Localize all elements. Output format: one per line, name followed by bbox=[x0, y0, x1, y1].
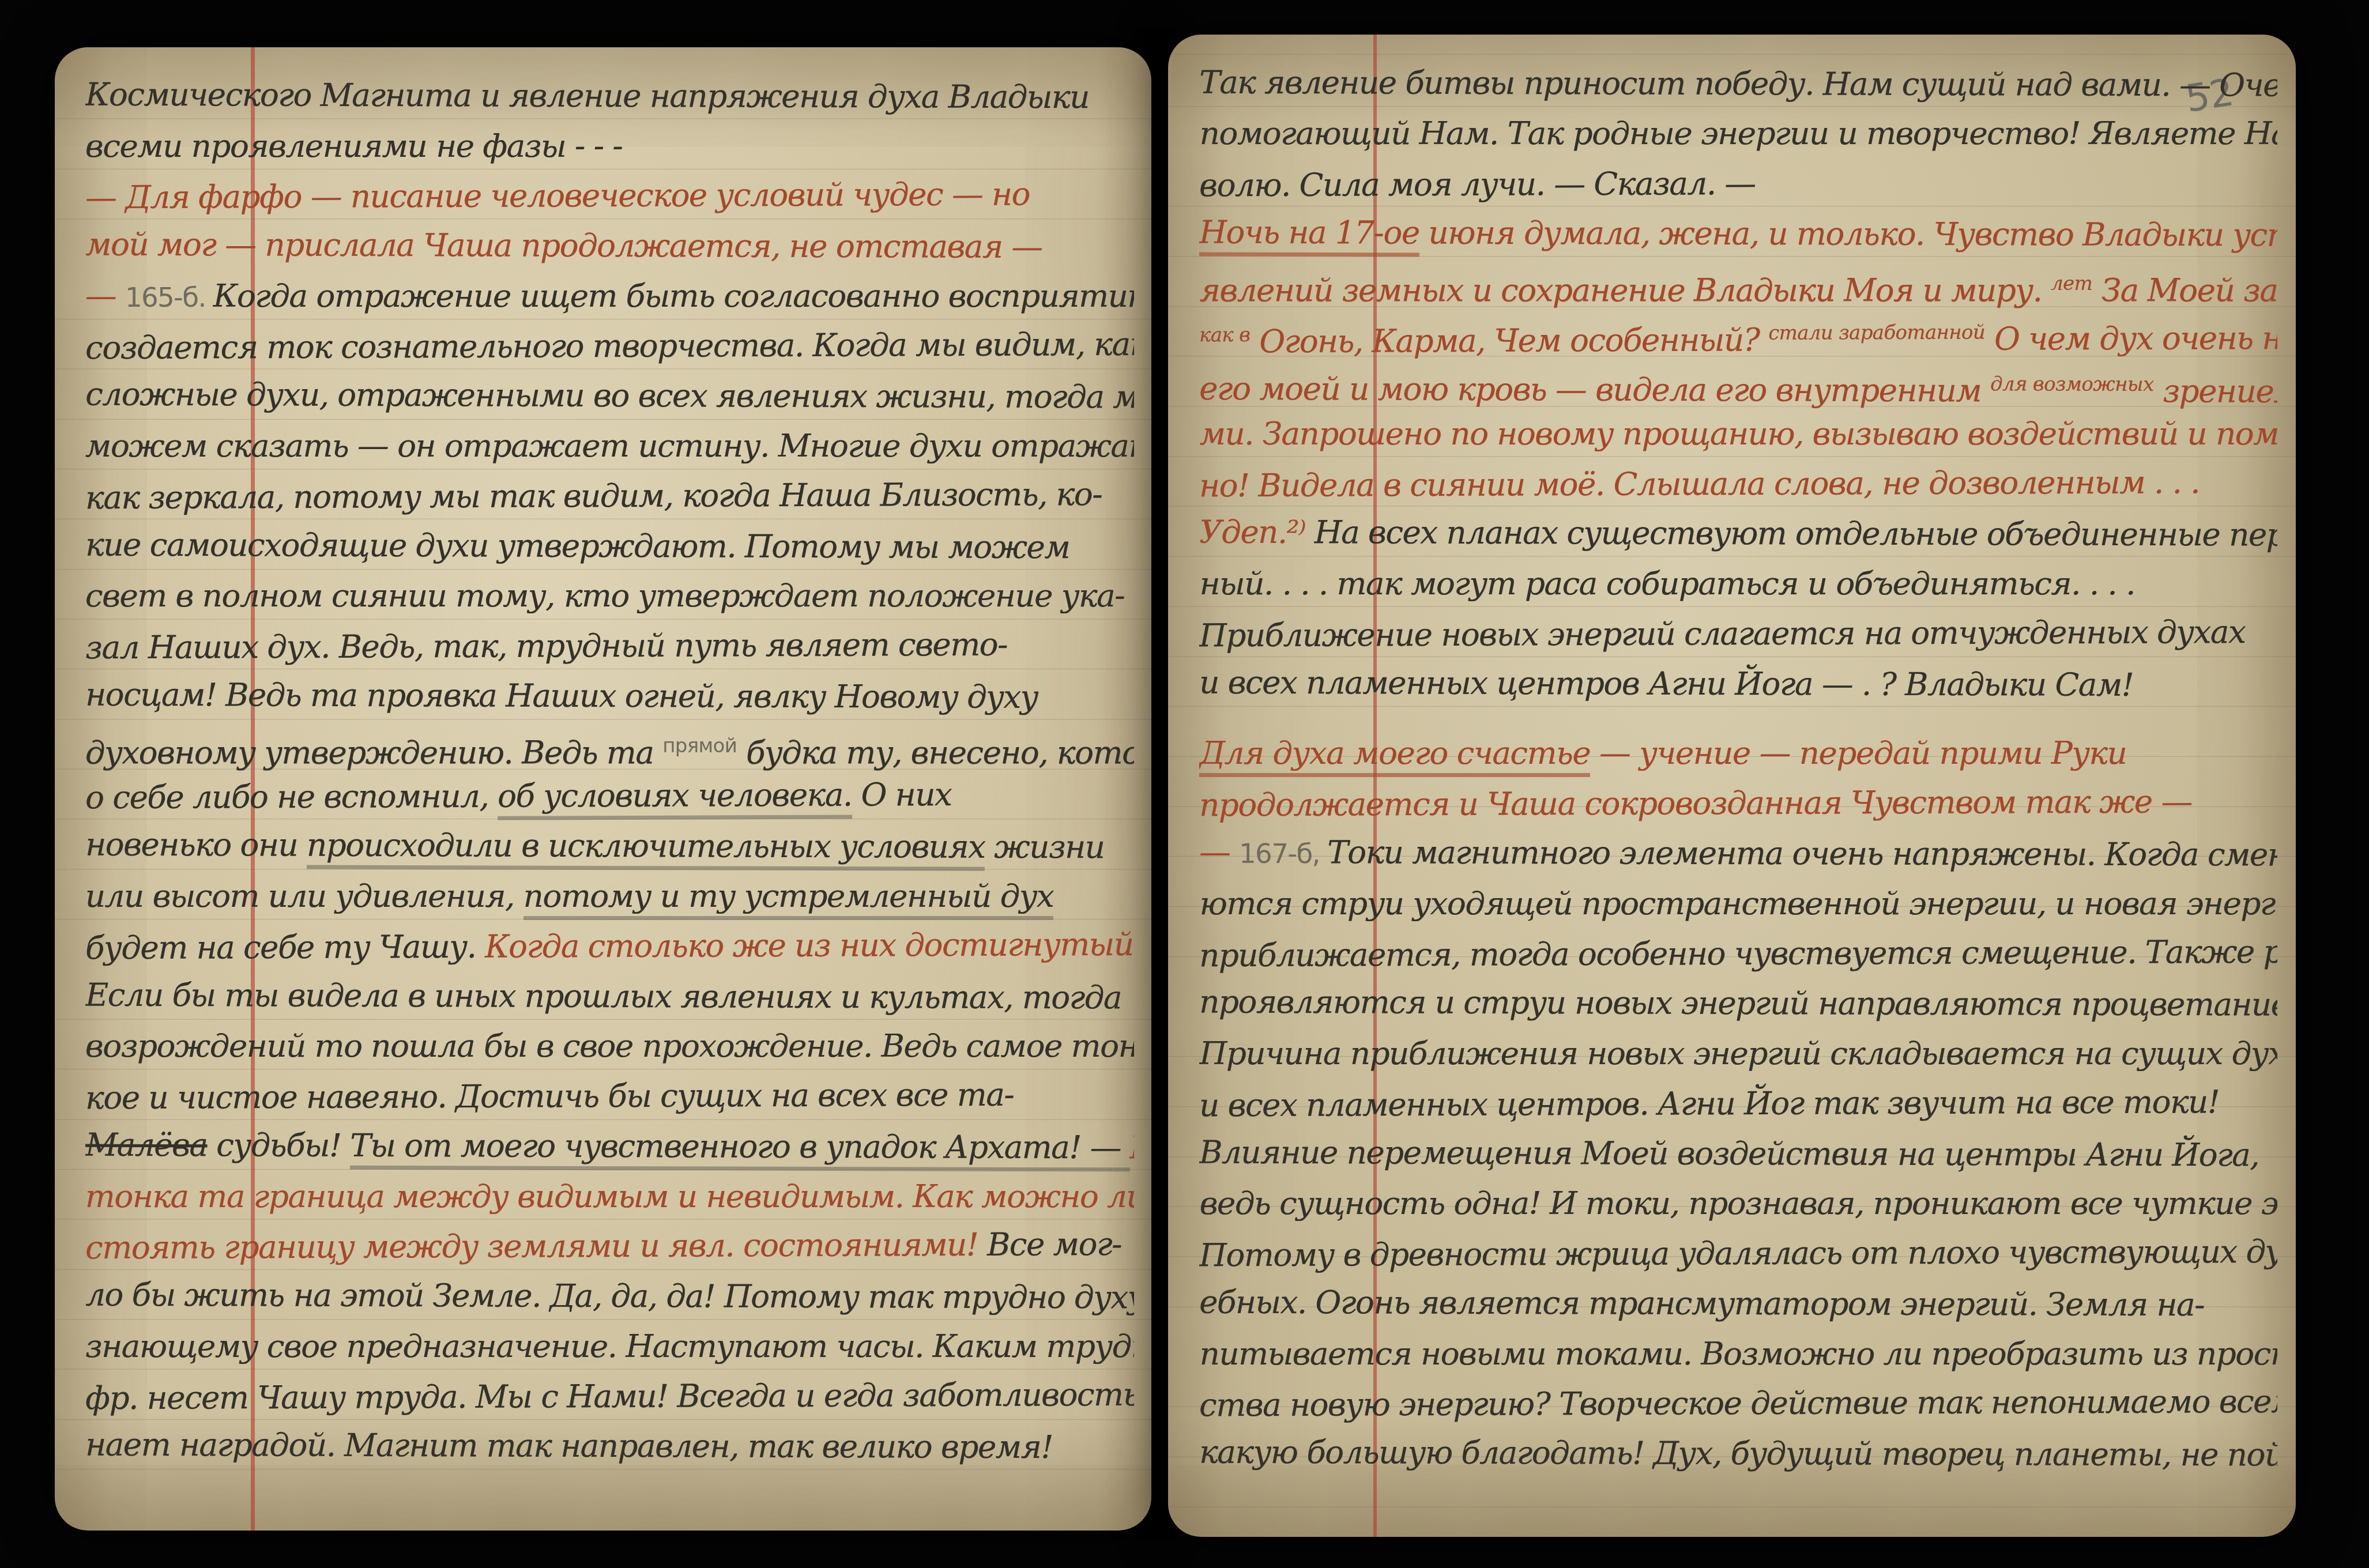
manuscript-line: создается ток сознательного творчества. … bbox=[85, 319, 1134, 372]
handwriting-segment: Токи магнитного элемента очень напряжены… bbox=[1327, 834, 2277, 873]
manuscript-text: Так явление битвы приносит победу. Нам с… bbox=[1199, 59, 2277, 1522]
left-page: Космического Магнита и явление напряжени… bbox=[55, 47, 1151, 1531]
handwriting-segment: Если бы ты видела в иных прошлых явления… bbox=[85, 976, 1121, 1016]
handwriting-segment: Малёва bbox=[85, 1126, 207, 1163]
handwriting-segment: свет в полном сиянии тому, кто утверждае… bbox=[85, 577, 1124, 614]
handwriting-segment: происходили в исключительных условиях bbox=[307, 827, 985, 871]
handwriting-segment: Все мог- bbox=[987, 1226, 1121, 1263]
handwriting-segment: зал Наших дух. Ведь, так, трудный путь я… bbox=[85, 626, 1007, 666]
handwriting-segment: Огонь, Карма, Чем особенный? bbox=[1251, 321, 1769, 360]
manuscript-line: носцам! Ведь та проявка Наших огней, явл… bbox=[85, 670, 1134, 723]
handwriting-segment: Космического Магнита и явление напряжени… bbox=[85, 76, 1089, 115]
handwriting-segment: приближается, тогда особенно чувствуется… bbox=[1199, 933, 2277, 974]
manuscript-line: о себе либо не вспомнил, об условиях чел… bbox=[85, 769, 1134, 823]
handwriting-segment: — bbox=[1199, 834, 1239, 870]
manuscript-line: новенько они происходили в исключительны… bbox=[85, 820, 1134, 873]
handwriting-segment: носцам! Ведь та проявка Наших огней, явл… bbox=[85, 676, 1038, 715]
manuscript-line: питывается новыми токами. Возможно ли пр… bbox=[1199, 1329, 2277, 1379]
handwriting-segment: продолжается и Чаша сокровозданная Чувст… bbox=[1199, 783, 2192, 823]
handwriting-segment: мой мог — прислала Чаша продолжается, не… bbox=[85, 226, 1042, 265]
handwriting-segment: О чем дух очень нужен и освещает начало bbox=[1985, 318, 2277, 357]
handwriting-segment: всеми проявлениями не фазы - - - bbox=[85, 127, 622, 164]
manuscript-line: продолжается и Чаша сокровозданная Чувст… bbox=[1199, 777, 2277, 830]
handwriting-segment: Потому в древности жрица удалялась от пл… bbox=[1199, 1233, 2277, 1274]
manuscript-line: и всех пламенных центров Агни Йога — . ?… bbox=[1199, 657, 2277, 710]
handwriting-segment: ебных. Огонь является трансмутатором эне… bbox=[1199, 1283, 2204, 1323]
manuscript-line: нает наградой. Магнит так направлен, так… bbox=[85, 1420, 1134, 1473]
handwriting-segment: июня думала, жена, и только. Чувство Вла… bbox=[1419, 214, 2277, 253]
manuscript-line: Причина приближения новых энергий склады… bbox=[1199, 1028, 2277, 1079]
handwriting-segment: создается ток сознательного творчества. … bbox=[85, 325, 1134, 365]
handwriting-segment: явлений земных и сохранение Владыки Моя … bbox=[1199, 272, 2051, 308]
handwriting-segment: Когда столько же из них достигнутый bbox=[485, 926, 1133, 965]
handwriting-segment: как зеркала, потому мы так видим, когда … bbox=[85, 476, 1102, 516]
handwriting-segment: прямой bbox=[662, 734, 737, 757]
notebook-photo: Космического Магнита и явление напряжени… bbox=[0, 0, 2369, 1568]
handwriting-segment: и всех пламенных центров Агни Йога — . ?… bbox=[1199, 664, 2133, 703]
handwriting-segment: судьбы! bbox=[207, 1126, 350, 1164]
handwriting-segment: Влияние перемещения Моей воздействия на … bbox=[1199, 1133, 2259, 1173]
manuscript-line: Так явление битвы приносит победу. Нам с… bbox=[1199, 59, 2277, 110]
handwriting-segment: о себе либо не вспомнил, bbox=[85, 778, 498, 816]
manuscript-line: всеми проявлениями не фазы - - - bbox=[85, 121, 1134, 171]
handwriting-segment: стали заработанной bbox=[1769, 321, 1986, 345]
manuscript-line: волю. Сила моя лучи. — Сказал. — bbox=[1199, 157, 2277, 210]
manuscript-line: Влияние перемещения Моей воздействия на … bbox=[1199, 1127, 2277, 1180]
manuscript-line: можем сказать — он отражает истину. Мног… bbox=[85, 421, 1134, 471]
manuscript-line: зал Наших дух. Ведь, так, трудный путь я… bbox=[85, 619, 1134, 673]
manuscript-line: явлений земных и сохранение Владыки Моя … bbox=[1199, 259, 2277, 309]
manuscript-line: или высот или удивления, потому и ту уст… bbox=[85, 871, 1134, 921]
manuscript-line: будет на себе ту Чашу. Когда столько же … bbox=[85, 919, 1134, 973]
handwriting-segment: ются струи уходящей пространственной эне… bbox=[1199, 885, 2277, 922]
handwriting-segment: для возможных bbox=[1990, 372, 2154, 396]
handwriting-segment: жизни bbox=[985, 828, 1104, 866]
handwriting-segment: можем сказать — он отражает истину. Мног… bbox=[85, 427, 1134, 464]
handwriting-segment: знающему свое предназначение. Наступают … bbox=[85, 1328, 1134, 1365]
manuscript-line: но! Видела в сиянии моё. Слышала слова, … bbox=[1199, 457, 2277, 510]
manuscript-line: Космического Магнита и явление напряжени… bbox=[85, 71, 1134, 122]
handwriting-segment: ми. Запрошено по новому прощанию, вызыва… bbox=[1199, 415, 2277, 452]
handwriting-segment: сложные духи, отраженными во всех явлени… bbox=[85, 376, 1134, 416]
handwriting-segment: как в bbox=[1199, 323, 1250, 346]
handwriting-segment: На всех планах существуют отдельные объе… bbox=[1315, 514, 2277, 553]
handwriting-segment: помогающий Нам. Так родные энергии и тво… bbox=[1199, 115, 2277, 152]
handwriting-segment: нает наградой. Магнит так направлен, так… bbox=[85, 1426, 1053, 1465]
handwriting-segment: или высот или удивления, bbox=[85, 877, 523, 914]
manuscript-line: как в Огонь, Карма, Чем особенный? стали… bbox=[1199, 307, 2277, 360]
handwriting-segment: 165-б. bbox=[125, 282, 213, 314]
manuscript-line: как зеркала, потому мы так видим, когда … bbox=[85, 469, 1134, 523]
manuscript-line: стоять границу между землями и явл. сост… bbox=[85, 1219, 1134, 1273]
handwriting-segment: ло бы жить на этой Земле. Да, да, да! По… bbox=[85, 1276, 1134, 1316]
handwriting-segment: но! Видела в сиянии моё. Слышала слова, … bbox=[1199, 463, 2199, 504]
handwriting-segment: О них bbox=[852, 776, 951, 813]
manuscript-line: проявляются и струи новых энергий направ… bbox=[1199, 977, 2277, 1030]
handwriting-segment: За Моей задачей bbox=[2092, 272, 2277, 308]
manuscript-line: кие самоисходящие духи утверждают. Потом… bbox=[85, 519, 1134, 572]
handwriting-segment: лет bbox=[2051, 272, 2092, 295]
manuscript-line: ведь сущность одна! И токи, прознавая, п… bbox=[1199, 1178, 2277, 1228]
handwriting-segment: — учение — передай прими Руки bbox=[1590, 734, 2126, 771]
handwriting-segment: Причина приближения новых энергий склады… bbox=[1199, 1035, 2277, 1072]
manuscript-line: Удеп.²⁾ На всех планах существуют отдель… bbox=[1199, 507, 2277, 560]
handwriting-segment: фр. несет Чашу труда. Мы с Нами! Всегда … bbox=[85, 1375, 1134, 1416]
manuscript-line: сложные духи, отраженными во всех явлени… bbox=[85, 370, 1134, 423]
handwriting-segment: Ты от моего чувственного в упадок Архата… bbox=[350, 1127, 1130, 1171]
manuscript-line: свет в полном сиянии тому, кто утверждае… bbox=[85, 571, 1134, 621]
handwriting-segment: Когда отражение ищет быть согласованно в… bbox=[213, 277, 1134, 314]
manuscript-line: — 165-б. Когда отражение ищет быть согла… bbox=[85, 271, 1134, 321]
manuscript-line: приближается, тогда особенно чувствуется… bbox=[1199, 926, 2277, 980]
manuscript-line: Ночь на 17-ое июня думала, жена, и тольк… bbox=[1199, 207, 2277, 260]
manuscript-line: ло бы жить на этой Земле. Да, да, да! По… bbox=[85, 1270, 1134, 1323]
handwriting-segment: 167-б, bbox=[1240, 839, 1328, 870]
handwriting-segment: ный. . . . так могут раса собираться и о… bbox=[1199, 565, 2134, 602]
manuscript-line: духовному утверждению. Ведь та прямой бу… bbox=[85, 721, 1134, 771]
manuscript-line: Малёва судьбы! Ты от моего чувственного … bbox=[85, 1120, 1134, 1173]
manuscript-line: — 167-б, Токи магнитного элемента очень … bbox=[1199, 827, 2277, 880]
handwriting-segment: об условиях человека. bbox=[498, 777, 852, 820]
manuscript-text: Космического Магнита и явление напряжени… bbox=[85, 71, 1134, 1516]
manuscript-line: и всех пламенных центров. Агни Йог так з… bbox=[1199, 1077, 2277, 1130]
handwriting-segment: Приближение новых энергий слагается на о… bbox=[1199, 613, 2245, 654]
handwriting-segment: ведь сущность одна! И токи, прознавая, п… bbox=[1199, 1185, 2277, 1222]
handwriting-segment: будет на себе ту Чашу. bbox=[85, 928, 485, 966]
handwriting-segment: Так явление битвы приносит победу. Нам с… bbox=[1199, 63, 2277, 103]
handwriting-segment: кие самоисходящие духи утверждают. Потом… bbox=[85, 526, 1069, 565]
handwriting-segment: ства новую энергию? Творческое действие … bbox=[1199, 1382, 2277, 1423]
handwriting-segment: его моей и мою кровь — видела его внутре… bbox=[1199, 370, 1990, 409]
manuscript-line: ебных. Огонь является трансмутатором эне… bbox=[1199, 1277, 2277, 1330]
manuscript-line: Потому в древности жрица удалялась от пл… bbox=[1199, 1227, 2277, 1280]
handwriting-segment: Как bbox=[1129, 1129, 1133, 1166]
manuscript-line: ются струи уходящей пространственной эне… bbox=[1199, 879, 2277, 929]
manuscript-line: знающему свое предназначение. Наступают … bbox=[85, 1321, 1134, 1371]
manuscript-line: фр. несет Чашу труда. Мы с Нами! Всегда … bbox=[85, 1369, 1134, 1423]
manuscript-line: ства новую энергию? Творческое действие … bbox=[1199, 1377, 2277, 1430]
handwriting-segment: и всех пламенных центров. Агни Йог так з… bbox=[1199, 1083, 2219, 1124]
handwriting-segment: возрождений то пошла бы в свое прохожден… bbox=[85, 1027, 1134, 1064]
handwriting-segment: тонка та граница между видимым и невидим… bbox=[85, 1178, 1134, 1215]
handwriting-segment: будка ту, внесено, которую bbox=[737, 734, 1133, 771]
handwriting-segment: зрением, но глаза- bbox=[2154, 372, 2278, 410]
manuscript-line: тонка та граница между видимым и невидим… bbox=[85, 1171, 1134, 1222]
manuscript-line: ми. Запрошено по новому прощанию, вызыва… bbox=[1199, 409, 2277, 459]
handwriting-segment: проявляются и струи новых энергий направ… bbox=[1199, 983, 2277, 1023]
handwriting-segment: Для духа моего счастье bbox=[1199, 734, 1590, 777]
manuscript-line: помогающий Нам. Так родные энергии и тво… bbox=[1199, 108, 2277, 159]
handwriting-segment: Удеп.²⁾ bbox=[1199, 514, 1315, 551]
handwriting-segment: — Для фарфо — писание человеческое услов… bbox=[85, 176, 1030, 216]
manuscript-line: его моей и мою кровь — видела его внутре… bbox=[1199, 357, 2277, 410]
handwriting-segment: кое и чистое навеяно. Достичь бы сущих н… bbox=[85, 1076, 1014, 1117]
handwriting-segment: духовному утверждению. Ведь та bbox=[85, 734, 662, 771]
handwriting-segment: потому и ту устремленный дух bbox=[523, 877, 1054, 920]
handwriting-segment: питывается новыми токами. Возможно ли пр… bbox=[1199, 1335, 2277, 1372]
manuscript-line: какую большую благодать! Дух, будущий тв… bbox=[1199, 1427, 2277, 1480]
manuscript-line: возрождений то пошла бы в свое прохожден… bbox=[85, 1021, 1134, 1071]
handwriting-segment: новенько они bbox=[85, 826, 307, 864]
manuscript-line: — Для фарфо — писание человеческое услов… bbox=[85, 169, 1134, 223]
handwriting-segment: волю. Сила моя лучи. — Сказал. — bbox=[1199, 165, 1756, 203]
manuscript-line: ный. . . . так могут раса собираться и о… bbox=[1199, 559, 2277, 609]
manuscript-line: кое и чистое навеяно. Достичь бы сущих н… bbox=[85, 1069, 1134, 1123]
handwriting-segment: какую большую благодать! Дух, будущий тв… bbox=[1199, 1434, 2277, 1474]
handwriting-segment: Ночь на 17-ое bbox=[1199, 213, 1419, 257]
handwriting-segment: стоять границу между землями и явл. сост… bbox=[85, 1226, 987, 1266]
manuscript-line: Для духа моего счастье — учение — переда… bbox=[1199, 728, 2277, 778]
right-page: 52 Так явление битвы приносит победу. На… bbox=[1168, 35, 2296, 1537]
manuscript-line: Если бы ты видела в иных прошлых явления… bbox=[85, 970, 1134, 1023]
manuscript-line: мой мог — прислала Чаша продолжается, не… bbox=[85, 220, 1134, 273]
manuscript-line: Приближение новых энергий слагается на о… bbox=[1199, 607, 2277, 661]
handwriting-segment: — bbox=[85, 277, 125, 314]
